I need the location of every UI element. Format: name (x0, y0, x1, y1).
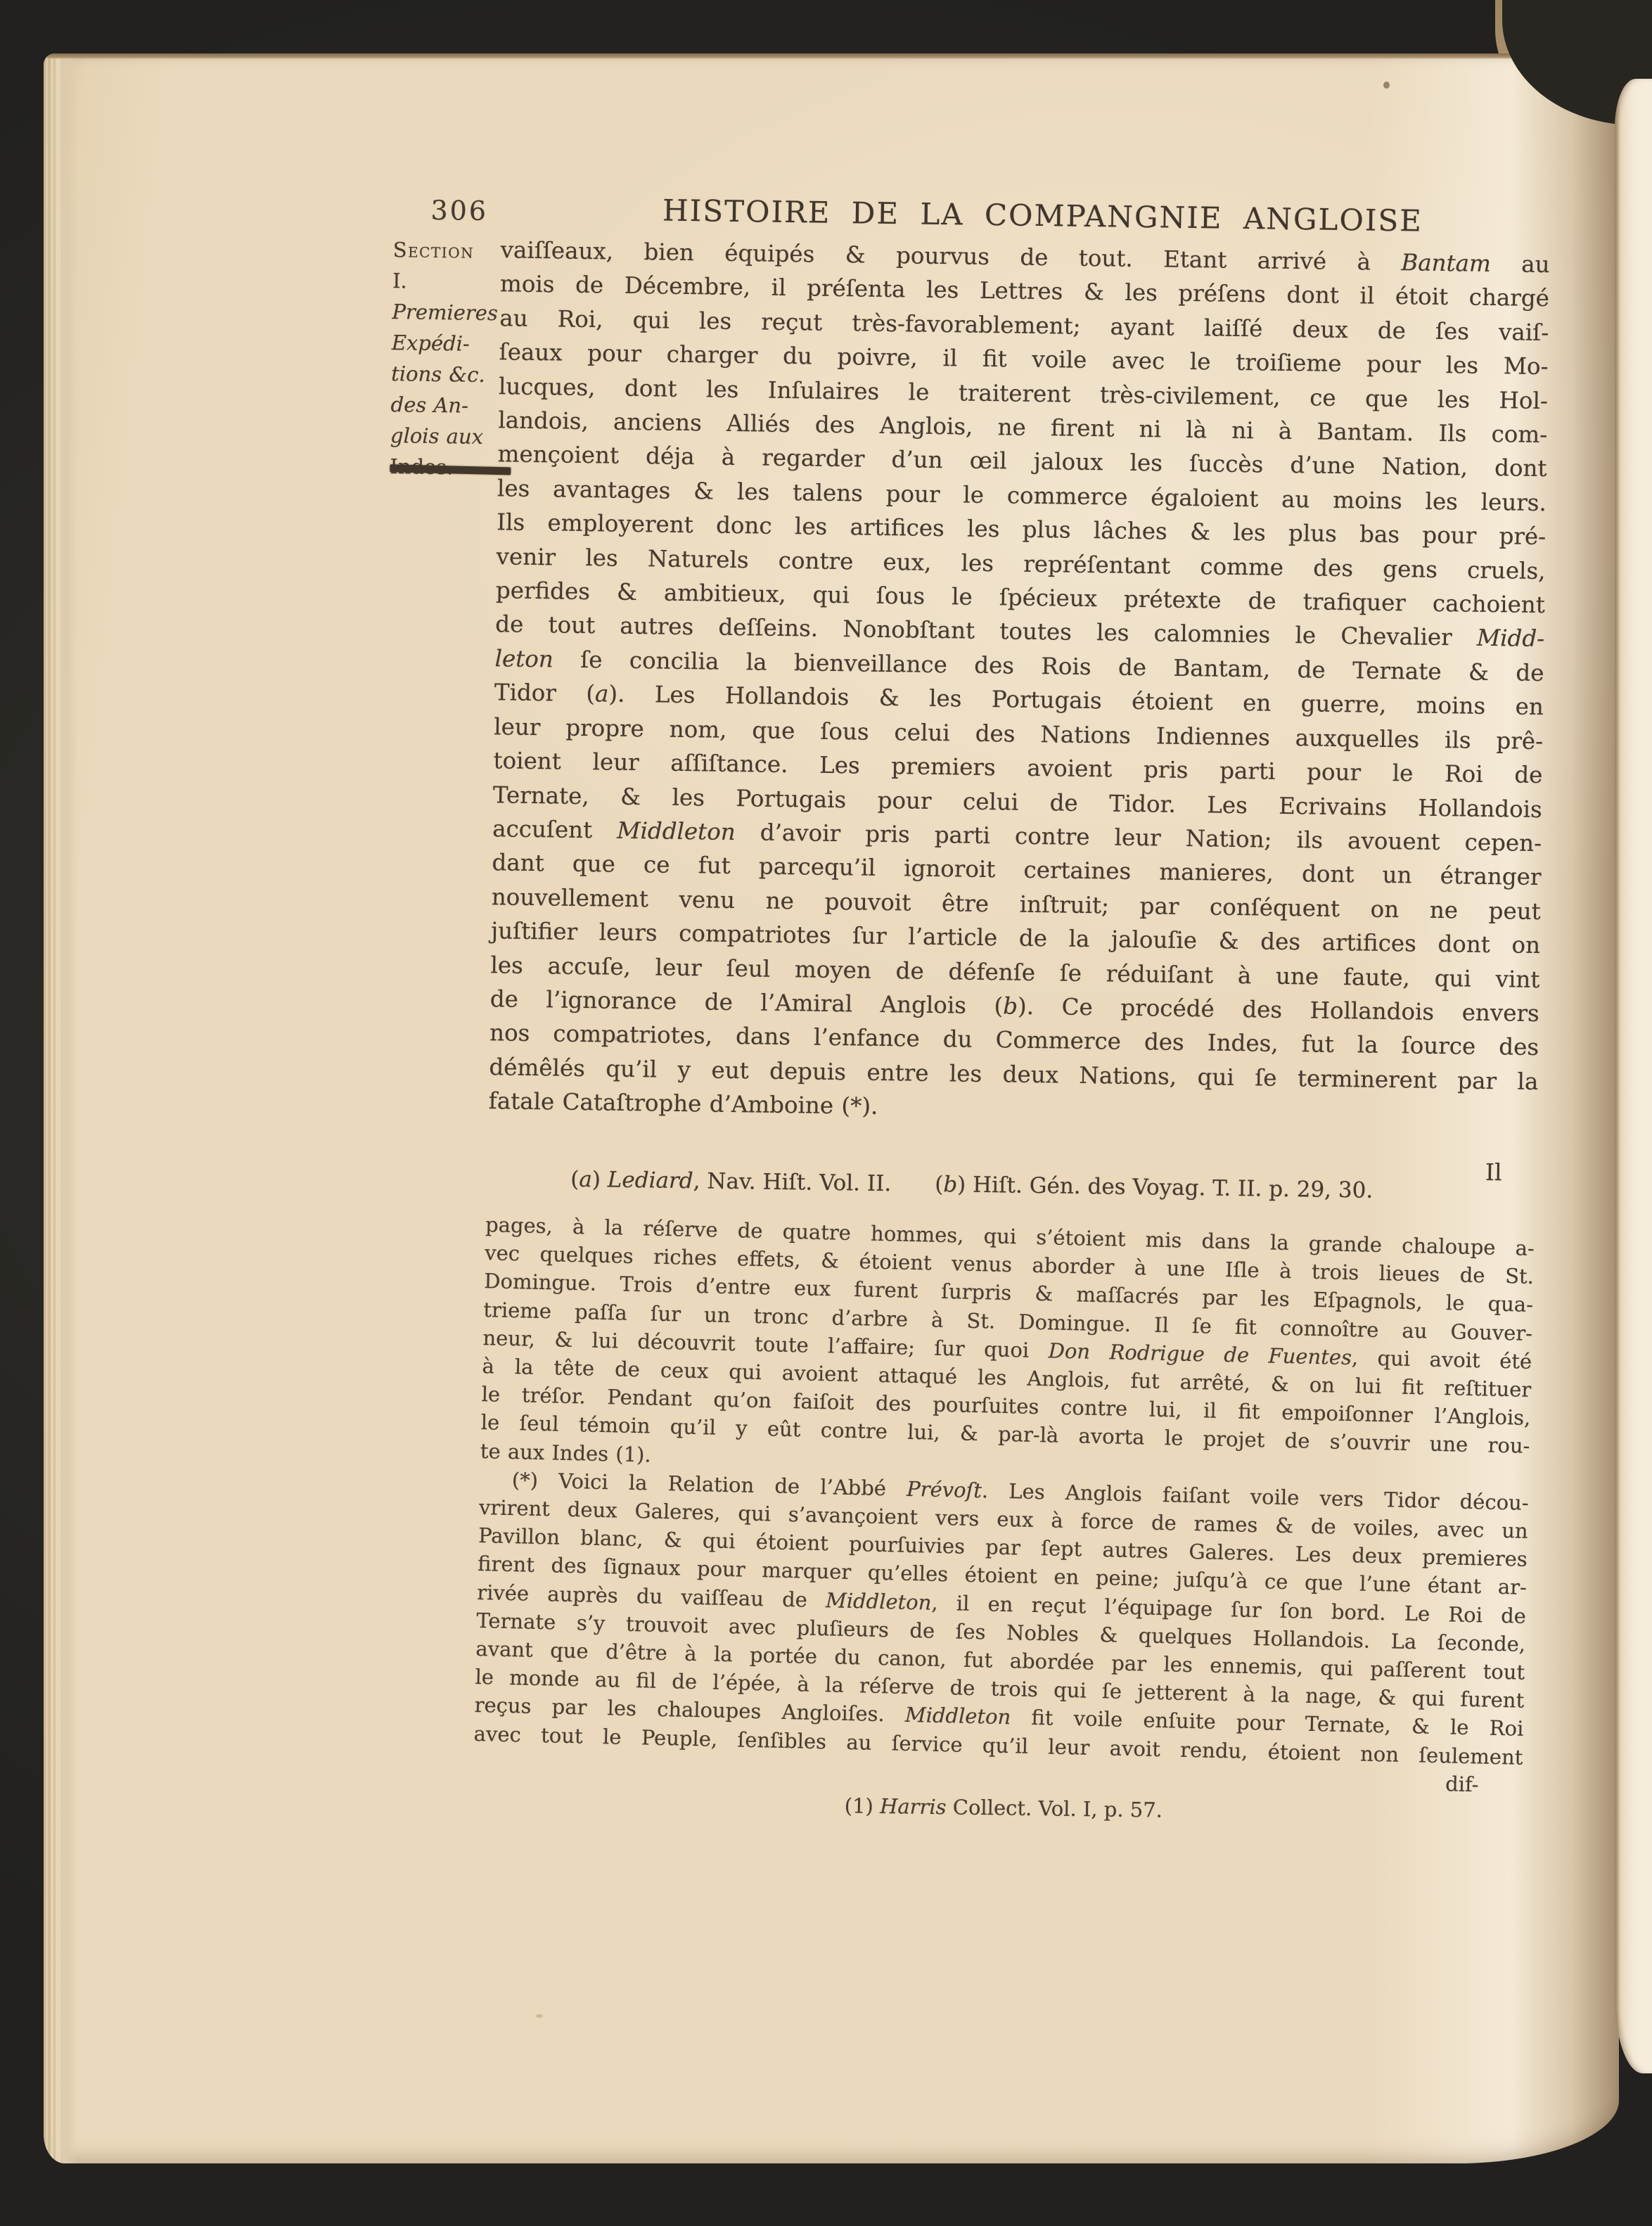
page-content: 306 HISTOIRE DE LA COMPANGNIE ANGLOISE S… (44, 53, 1619, 2163)
running-title: HISTOIRE DE LA COMPANGNIE ANGLOISE (627, 193, 1458, 238)
body-text: vaiſſeaux, bien équipés & pourvus de tou… (488, 233, 1549, 1132)
scanned-book-spread: 306 HISTOIRE DE LA COMPANGNIE ANGLOISE S… (0, 0, 1652, 2226)
page-number: 306 (430, 195, 488, 226)
adjacent-page-edge (1615, 79, 1652, 2073)
book-page: 306 HISTOIRE DE LA COMPANGNIE ANGLOISE S… (44, 53, 1619, 2163)
footnotes-text: pages, à la réſerve de quatre hommes, qu… (473, 1210, 1535, 1800)
